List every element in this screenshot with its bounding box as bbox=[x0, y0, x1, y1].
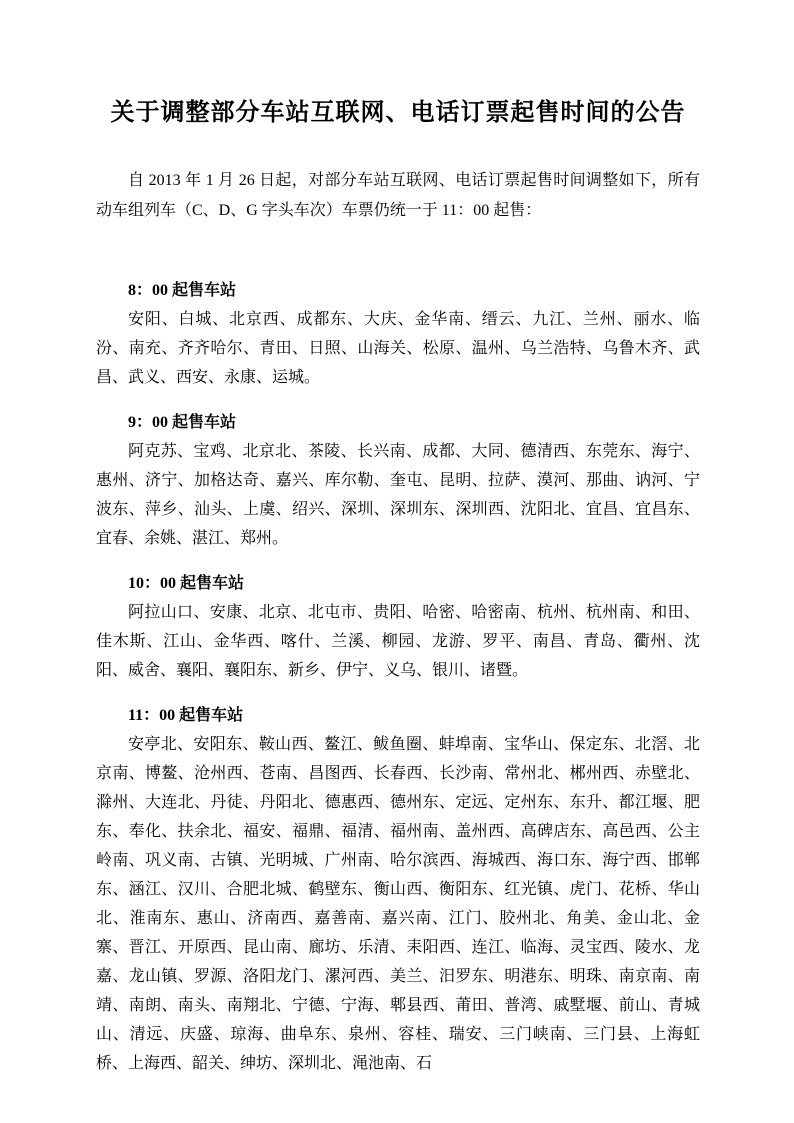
section-heading-1000: 10：00 起售车站 bbox=[96, 569, 700, 598]
station-list-900: 阿克苏、宝鸡、北京北、茶陵、长兴南、成都、大同、德清西、东莞东、海宁、惠州、济宁… bbox=[96, 437, 700, 553]
station-list-800: 安阳、白城、北京西、成都东、大庆、金华南、缙云、九江、兰州、丽水、临汾、南充、齐… bbox=[96, 305, 700, 392]
intro-paragraph: 自 2013 年 1 月 26 日起，对部分车站互联网、电话订票起售时间调整如下… bbox=[96, 166, 700, 226]
section-heading-1100: 11：00 起售车站 bbox=[96, 701, 700, 730]
document-title: 关于调整部分车站互联网、电话订票起售时间的公告 bbox=[96, 96, 700, 130]
section-900: 9：00 起售车站 阿克苏、宝鸡、北京北、茶陵、长兴南、成都、大同、德清西、东莞… bbox=[96, 408, 700, 553]
section-800: 8：00 起售车站 安阳、白城、北京西、成都东、大庆、金华南、缙云、九江、兰州、… bbox=[96, 276, 700, 392]
section-heading-800: 8：00 起售车站 bbox=[96, 276, 700, 305]
document-page: 关于调整部分车站互联网、电话订票起售时间的公告 自 2013 年 1 月 26 … bbox=[0, 0, 794, 1123]
station-list-1100: 安亭北、安阳东、鞍山西、鳌江、鲅鱼圈、蚌埠南、宝华山、保定东、北滘、北京南、博鳌… bbox=[96, 730, 700, 1078]
section-heading-900: 9：00 起售车站 bbox=[96, 408, 700, 437]
section-1000: 10：00 起售车站 阿拉山口、安康、北京、北屯市、贵阳、哈密、哈密南、杭州、杭… bbox=[96, 569, 700, 685]
section-1100: 11：00 起售车站 安亭北、安阳东、鞍山西、鳌江、鲅鱼圈、蚌埠南、宝华山、保定… bbox=[96, 701, 700, 1078]
station-list-1000: 阿拉山口、安康、北京、北屯市、贵阳、哈密、哈密南、杭州、杭州南、和田、佳木斯、江… bbox=[96, 598, 700, 685]
